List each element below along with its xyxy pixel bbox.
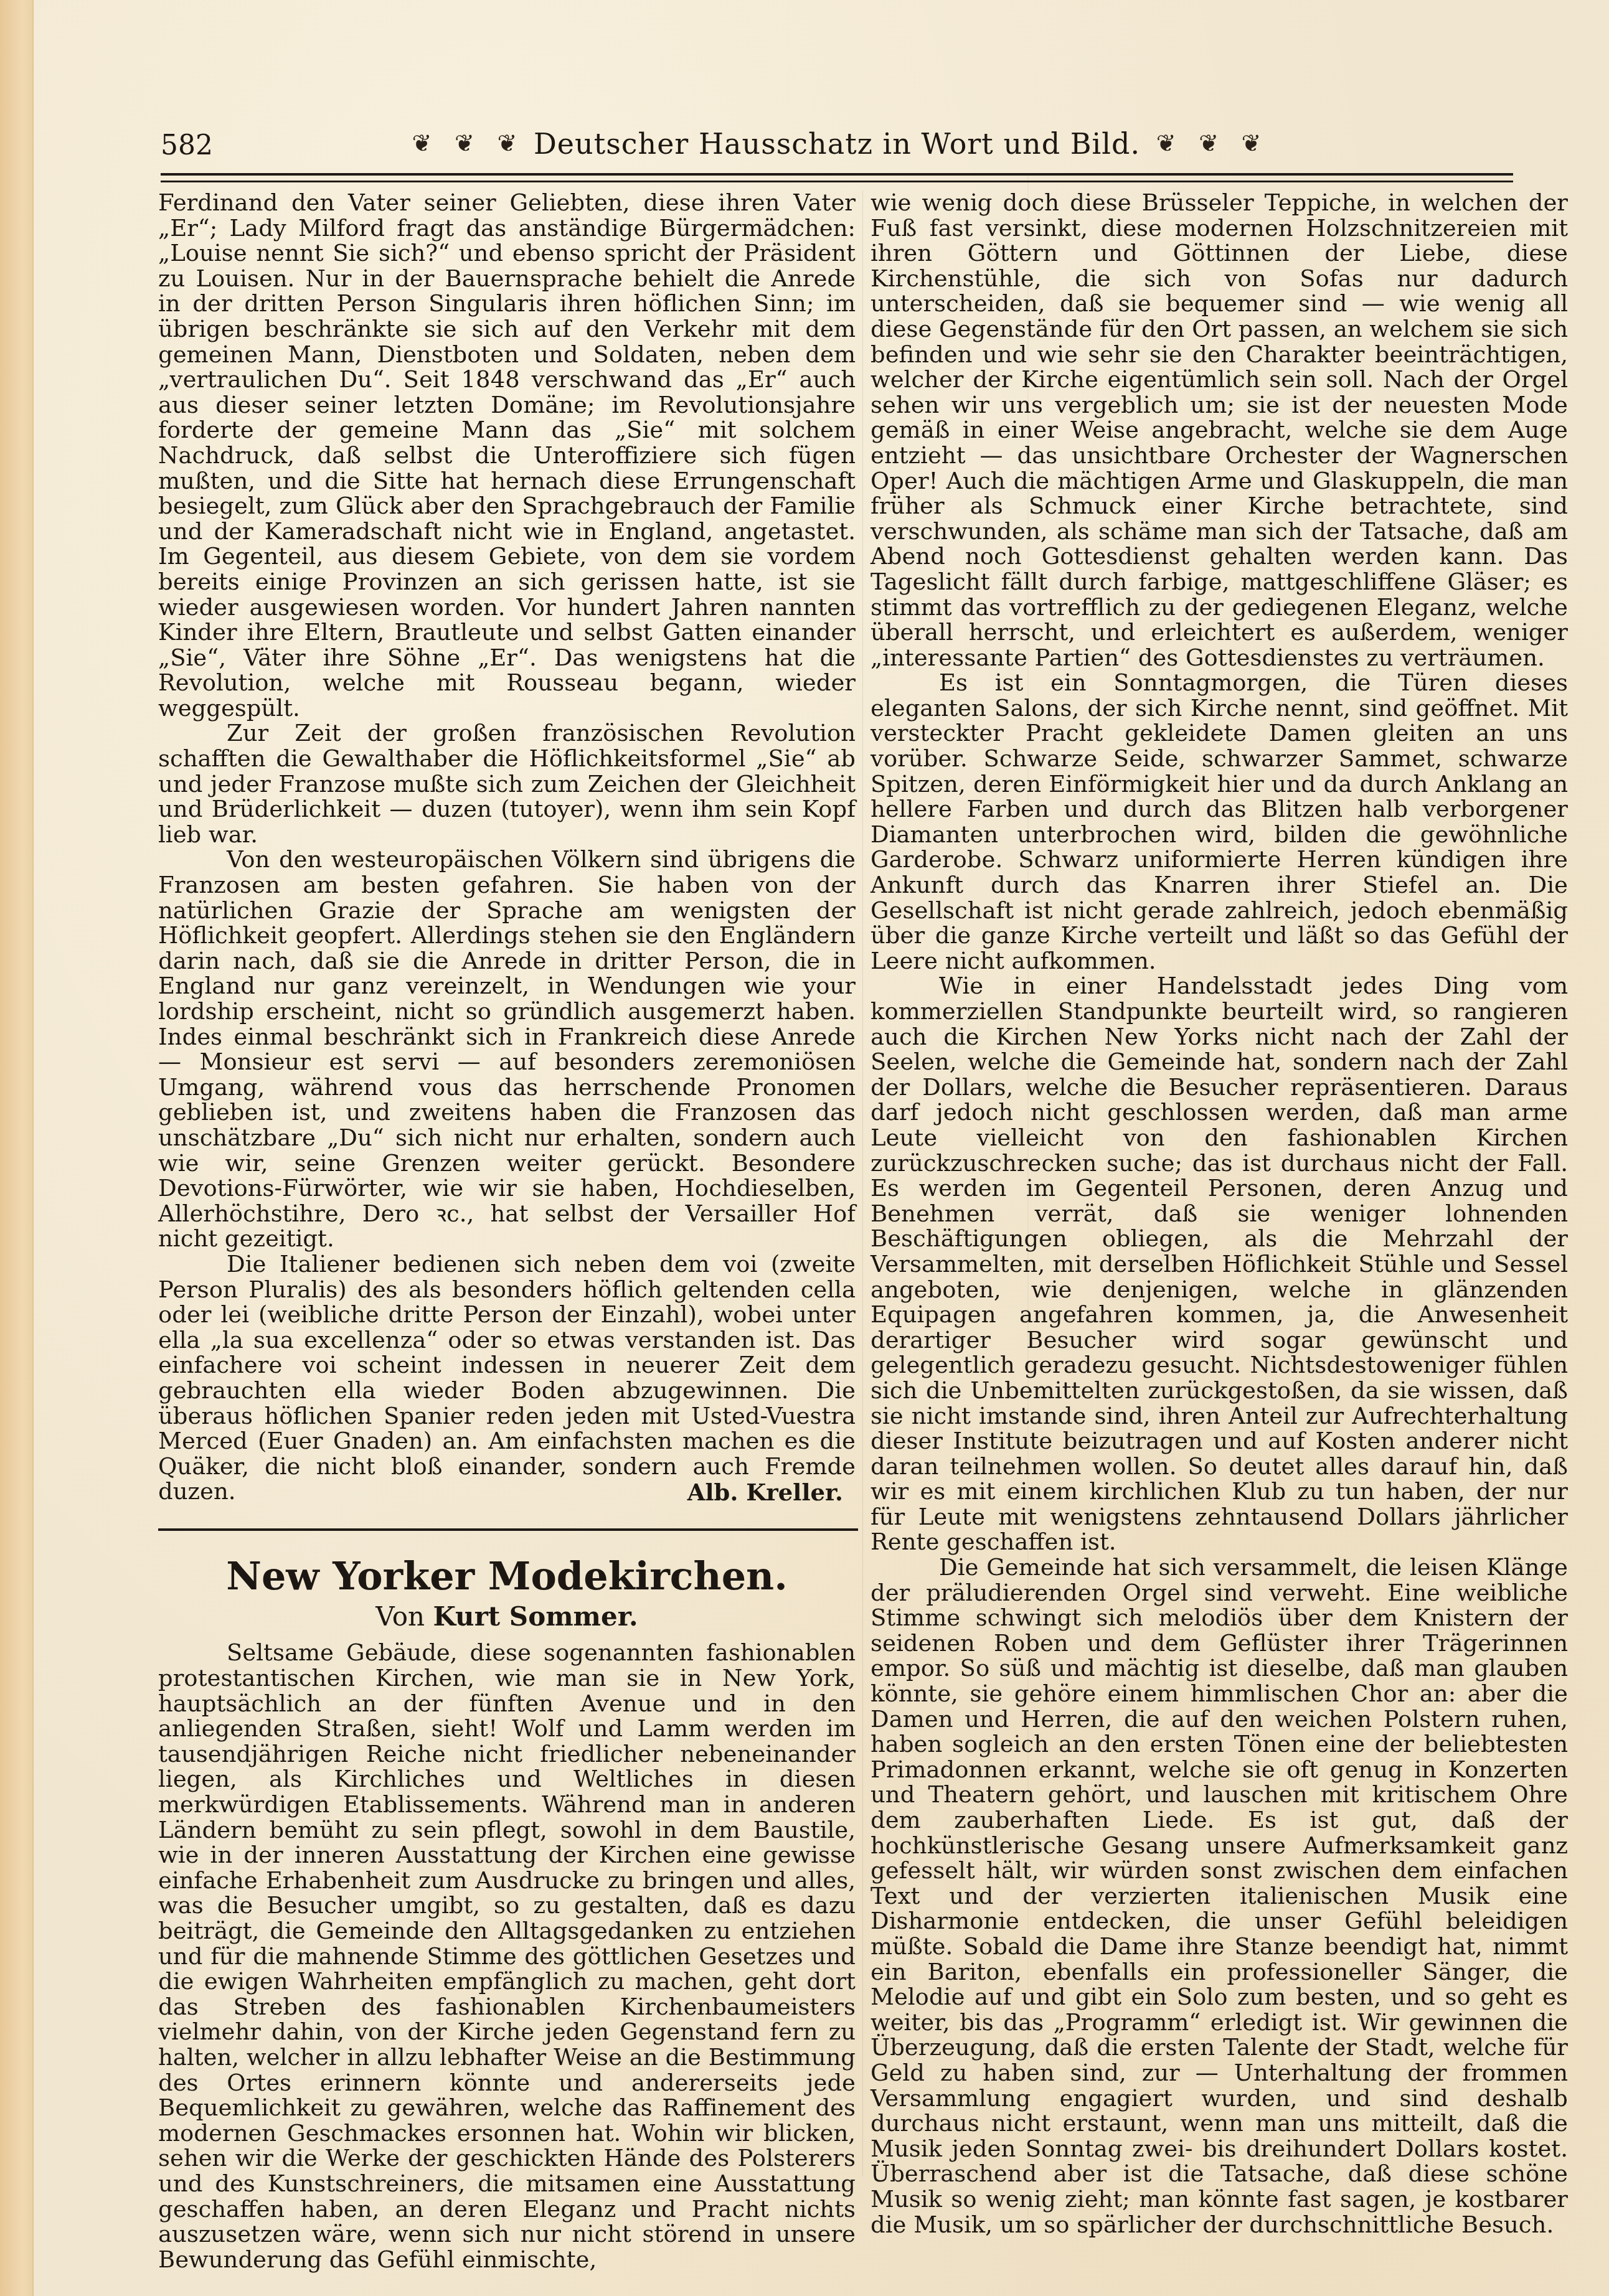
paragraph: Wie in einer Handelsstadt jedes Ding vom…: [871, 974, 1568, 1555]
header-rule-top: [161, 173, 1513, 176]
paragraph: Die Italiener bedienen sich neben dem vo…: [158, 1252, 856, 1505]
byline: Von Kurt Sommer.: [158, 1599, 856, 1634]
journal-title: Deutscher Hausschatz in Wort und Bild.: [534, 127, 1140, 161]
paragraph: Von den westeuropäischen Völkern sind üb…: [158, 847, 856, 1252]
page-edge: [0, 0, 34, 2296]
byline-author: Kurt Sommer.: [433, 1601, 638, 1632]
running-header: 582 ❦ ❦ ❦ Deutscher Hausschatz in Wort u…: [161, 125, 1513, 181]
right-column: wie wenig doch diese Brüsseler Teppiche,…: [871, 191, 1568, 2237]
fleuron-icon: ❦: [455, 129, 475, 157]
fleuron-icon: ❦: [1156, 129, 1177, 157]
fleuron-icon: ❦: [1242, 129, 1262, 157]
paragraph: wie wenig doch diese Brüsseler Teppiche,…: [871, 191, 1568, 670]
fleuron-icon: ❦: [1199, 129, 1219, 157]
column-gutter: [862, 191, 863, 2176]
left-column: Ferdinand den Vater seiner Geliebten, di…: [158, 191, 856, 2272]
paragraph: Es ist ein Sonntagmorgen, die Türen dies…: [871, 670, 1568, 974]
paragraph: Zur Zeit der großen französischen Revolu…: [158, 721, 856, 847]
header-rule-bottom: [161, 181, 1513, 182]
fleuron-icon: ❦: [497, 129, 517, 157]
paragraph: Seltsame Gebäude, diese sogenannten fash…: [158, 1640, 856, 2272]
running-title-line: ❦ ❦ ❦ Deutscher Hausschatz in Wort und B…: [161, 127, 1513, 161]
byline-prefix: Von: [375, 1601, 425, 1632]
fleuron-icon: ❦: [412, 129, 433, 157]
paragraph: Die Gemeinde hat sich versammelt, die le…: [871, 1555, 1568, 2237]
paragraph: Ferdinand den Vater seiner Geliebten, di…: [158, 191, 856, 721]
article-title: New Yorker Modekirchen.: [158, 1553, 856, 1599]
author-signature: Alb. Kreller.: [158, 1480, 856, 1505]
section-divider: [158, 1528, 858, 1531]
